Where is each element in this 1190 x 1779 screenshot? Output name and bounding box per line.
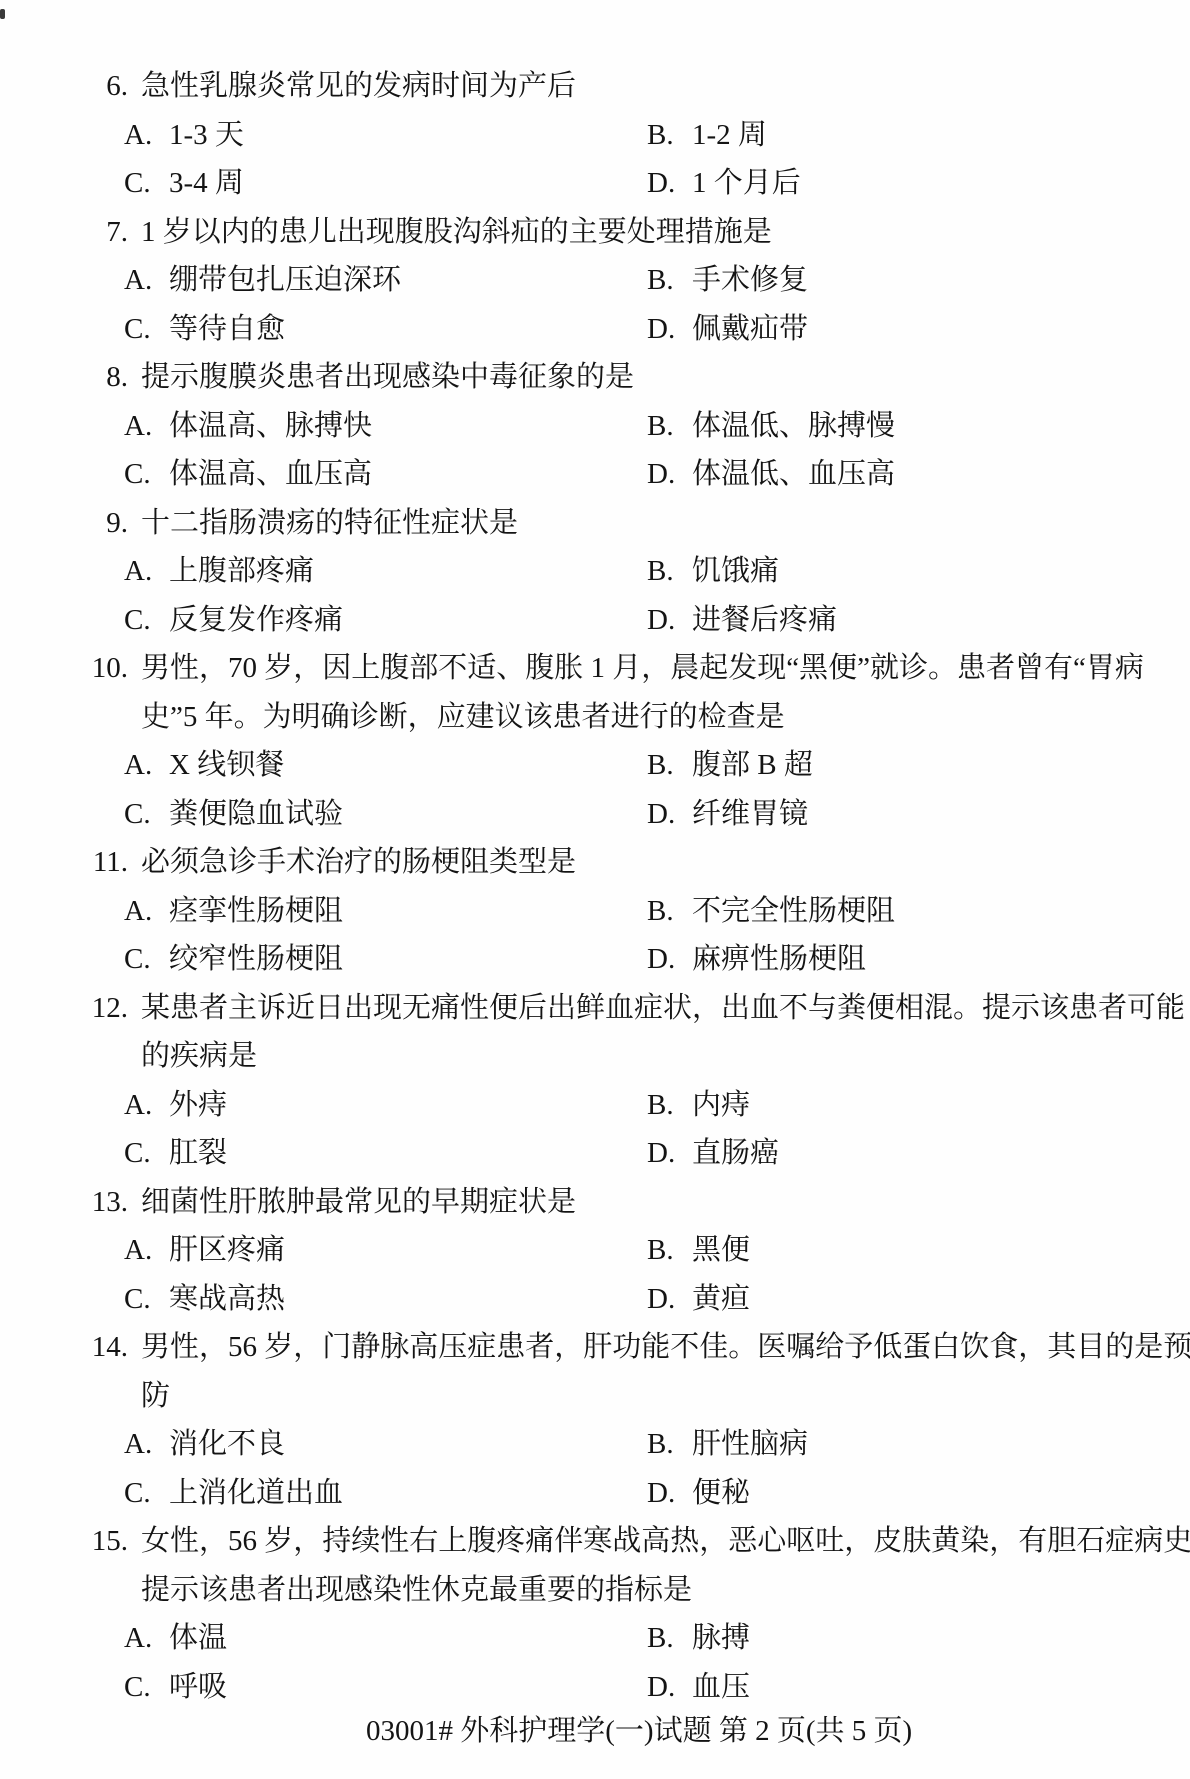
option-label: D.	[647, 450, 692, 499]
option-label: A.	[124, 1614, 169, 1663]
option-B: B.脉搏	[647, 1614, 750, 1663]
question-block: 6.急性乳腺炎常见的发病时间为产后A.1-3 天B.1-2 周C.3-4 周D.…	[0, 62, 1190, 208]
option-C: C.3-4 周	[124, 159, 244, 208]
option-label: C.	[124, 935, 169, 984]
question-stem-line: 13.细菌性肝脓肿最常见的早期症状是	[0, 1178, 1190, 1227]
option-label: C.	[124, 305, 169, 354]
question-number: 7.	[0, 208, 128, 257]
question-number: 6.	[0, 62, 128, 111]
option-text: 饥饿痛	[692, 555, 779, 587]
option-text: 便秘	[692, 1477, 750, 1509]
option-A: A.痉挛性肠梗阻	[124, 887, 343, 936]
option-text: 不完全性肠梗阻	[692, 895, 895, 927]
options-row: C.反复发作疼痛D.进餐后疼痛	[0, 596, 1190, 645]
question-stem-line: 防	[0, 1372, 1190, 1421]
question-block: 14.男性，56 岁，门静脉高压症患者，肝功能不佳。医嘱给予低蛋白饮食，其目的是…	[0, 1323, 1190, 1517]
question-stem-line: 15.女性，56 岁，持续性右上腹疼痛伴寒战高热，恶心呕吐，皮肤黄染，有胆石症病…	[0, 1517, 1190, 1566]
option-C: C.肛裂	[124, 1129, 227, 1178]
option-A: A.1-3 天	[124, 111, 244, 160]
option-B: B.不完全性肠梗阻	[647, 887, 895, 936]
option-text: 绞窄性肠梗阻	[169, 943, 343, 975]
option-text: 血压	[692, 1671, 750, 1703]
question-stem-text: 细菌性肝脓肿最常见的早期症状是	[141, 1178, 576, 1227]
options-row: A.消化不良B.肝性脑病	[0, 1420, 1190, 1469]
question-stem-text: 男性，56 岁，门静脉高压症患者，肝功能不佳。医嘱给予低蛋白饮食，其目的是预	[141, 1323, 1190, 1372]
option-text: 1 个月后	[692, 167, 801, 199]
question-stem-text: 提示该患者出现感染性休克最重要的指标是	[141, 1574, 692, 1606]
question-stem-line: 7.1 岁以内的患儿出现腹股沟斜疝的主要处理措施是	[0, 208, 1190, 257]
option-A: A.上腹部疼痛	[124, 547, 314, 596]
exam-paper-page: 6.急性乳腺炎常见的发病时间为产后A.1-3 天B.1-2 周C.3-4 周D.…	[0, 0, 1190, 1779]
options-row: C.上消化道出血D.便秘	[0, 1469, 1190, 1518]
option-text: 体温高、血压高	[169, 458, 372, 490]
option-text: 麻痹性肠梗阻	[692, 943, 866, 975]
option-D: D.黄疸	[647, 1275, 750, 1324]
option-text: 体温低、血压高	[692, 458, 895, 490]
question-number: 9.	[0, 499, 128, 548]
option-text: 黄疸	[692, 1283, 750, 1315]
option-label: A.	[124, 256, 169, 305]
option-A: A.外痔	[124, 1081, 227, 1130]
option-text: 呼吸	[169, 1671, 227, 1703]
option-label: D.	[647, 159, 692, 208]
option-label: C.	[124, 790, 169, 839]
option-text: 手术修复	[692, 264, 808, 296]
question-stem-line: 10.男性，70 岁，因上腹部不适、腹胀 1 月，晨起发现“黑便”就诊。患者曾有…	[0, 644, 1190, 693]
question-stem-line: 的疾病是	[0, 1032, 1190, 1081]
option-D: D.麻痹性肠梗阻	[647, 935, 866, 984]
question-block: 11.必须急诊手术治疗的肠梗阻类型是A.痉挛性肠梗阻B.不完全性肠梗阻C.绞窄性…	[0, 838, 1190, 984]
option-label: A.	[124, 741, 169, 790]
option-text: 上腹部疼痛	[169, 555, 314, 587]
option-label: A.	[124, 1081, 169, 1130]
option-text: 消化不良	[169, 1428, 285, 1460]
option-label: B.	[647, 1420, 692, 1469]
option-text: 粪便隐血试验	[169, 798, 343, 830]
option-C: C.呼吸	[124, 1663, 227, 1712]
option-C: C.体温高、血压高	[124, 450, 372, 499]
option-label: B.	[647, 1226, 692, 1275]
question-stem-line: 12.某患者主诉近日出现无痛性便后出鲜血症状，出血不与粪便相混。提示该患者可能	[0, 984, 1190, 1033]
question-stem-text: 的疾病是	[141, 1040, 257, 1072]
option-text: 外痔	[169, 1089, 227, 1121]
option-label: B.	[647, 111, 692, 160]
options-row: A.X 线钡餐B.腹部 B 超	[0, 741, 1190, 790]
scan-artifact	[0, 9, 5, 19]
option-text: 肛裂	[169, 1137, 227, 1169]
option-text: 等待自愈	[169, 313, 285, 345]
question-number: 13.	[0, 1178, 128, 1227]
option-C: C.粪便隐血试验	[124, 790, 343, 839]
option-label: D.	[647, 790, 692, 839]
question-block: 9.十二指肠溃疡的特征性症状是A.上腹部疼痛B.饥饿痛C.反复发作疼痛D.进餐后…	[0, 499, 1190, 645]
option-label: D.	[647, 596, 692, 645]
options-row: A.上腹部疼痛B.饥饿痛	[0, 547, 1190, 596]
option-text: 黑便	[692, 1234, 750, 1266]
option-text: 体温高、脉搏快	[169, 410, 372, 442]
options-row: C.肛裂D.直肠癌	[0, 1129, 1190, 1178]
option-D: D.纤维胃镜	[647, 790, 808, 839]
option-D: D.直肠癌	[647, 1129, 779, 1178]
question-stem-line: 提示该患者出现感染性休克最重要的指标是	[0, 1566, 1190, 1615]
options-row: A.1-3 天B.1-2 周	[0, 111, 1190, 160]
question-block: 10.男性，70 岁，因上腹部不适、腹胀 1 月，晨起发现“黑便”就诊。患者曾有…	[0, 644, 1190, 838]
options-row: C.体温高、血压高D.体温低、血压高	[0, 450, 1190, 499]
option-text: 痉挛性肠梗阻	[169, 895, 343, 927]
question-block: 12.某患者主诉近日出现无痛性便后出鲜血症状，出血不与粪便相混。提示该患者可能的…	[0, 984, 1190, 1178]
option-C: C.等待自愈	[124, 305, 285, 354]
question-stem-text: 防	[141, 1380, 170, 1412]
question-stem-line: 9.十二指肠溃疡的特征性症状是	[0, 499, 1190, 548]
option-D: D.佩戴疝带	[647, 305, 808, 354]
option-text: 纤维胃镜	[692, 798, 808, 830]
option-text: 进餐后疼痛	[692, 604, 837, 636]
option-A: A.消化不良	[124, 1420, 285, 1469]
option-text: 腹部 B 超	[692, 749, 813, 781]
option-A: A.肝区疼痛	[124, 1226, 285, 1275]
option-label: D.	[647, 1129, 692, 1178]
question-stem-line: 史”5 年。为明确诊断，应建议该患者进行的检查是	[0, 693, 1190, 742]
option-C: C.寒战高热	[124, 1275, 285, 1324]
option-B: B.饥饿痛	[647, 547, 779, 596]
option-text: 肝区疼痛	[169, 1234, 285, 1266]
option-label: A.	[124, 111, 169, 160]
option-label: D.	[647, 305, 692, 354]
options-row: C.寒战高热D.黄疸	[0, 1275, 1190, 1324]
option-text: 体温低、脉搏慢	[692, 410, 895, 442]
option-label: C.	[124, 596, 169, 645]
option-label: B.	[647, 402, 692, 451]
options-row: C.绞窄性肠梗阻D.麻痹性肠梗阻	[0, 935, 1190, 984]
question-stem-text: 史”5 年。为明确诊断，应建议该患者进行的检查是	[141, 701, 785, 733]
option-text: 内痔	[692, 1089, 750, 1121]
option-A: A.体温	[124, 1614, 227, 1663]
option-A: A.X 线钡餐	[124, 741, 284, 790]
question-stem-text: 男性，70 岁，因上腹部不适、腹胀 1 月，晨起发现“黑便”就诊。患者曾有“胃病	[141, 644, 1144, 693]
option-C: C.反复发作疼痛	[124, 596, 343, 645]
option-D: D.进餐后疼痛	[647, 596, 837, 645]
options-row: C.呼吸D.血压	[0, 1663, 1190, 1712]
question-stem-text: 1 岁以内的患儿出现腹股沟斜疝的主要处理措施是	[141, 208, 772, 257]
option-label: A.	[124, 1226, 169, 1275]
question-number: 12.	[0, 984, 128, 1033]
question-block: 13.细菌性肝脓肿最常见的早期症状是A.肝区疼痛B.黑便C.寒战高热D.黄疸	[0, 1178, 1190, 1324]
option-label: B.	[647, 256, 692, 305]
option-label: D.	[647, 1469, 692, 1518]
option-label: C.	[124, 1129, 169, 1178]
option-A: A.绷带包扎压迫深环	[124, 256, 401, 305]
question-number: 8.	[0, 353, 128, 402]
option-text: 直肠癌	[692, 1137, 779, 1169]
question-block: 8.提示腹膜炎患者出现感染中毒征象的是A.体温高、脉搏快B.体温低、脉搏慢C.体…	[0, 353, 1190, 499]
question-stem-text: 提示腹膜炎患者出现感染中毒征象的是	[141, 353, 634, 402]
option-label: D.	[647, 935, 692, 984]
options-row: A.外痔B.内痔	[0, 1081, 1190, 1130]
option-label: C.	[124, 159, 169, 208]
option-D: D.便秘	[647, 1469, 750, 1518]
option-A: A.体温高、脉搏快	[124, 402, 372, 451]
option-C: C.上消化道出血	[124, 1469, 343, 1518]
option-text: 反复发作疼痛	[169, 604, 343, 636]
question-stem-text: 急性乳腺炎常见的发病时间为产后	[141, 62, 576, 111]
options-row: A.体温高、脉搏快B.体温低、脉搏慢	[0, 402, 1190, 451]
option-B: B.肝性脑病	[647, 1420, 808, 1469]
question-number: 15.	[0, 1517, 128, 1566]
option-label: B.	[647, 1081, 692, 1130]
option-text: 上消化道出血	[169, 1477, 343, 1509]
options-row: C.粪便隐血试验D.纤维胃镜	[0, 790, 1190, 839]
option-label: A.	[124, 402, 169, 451]
option-text: 脉搏	[692, 1622, 750, 1654]
option-B: B.1-2 周	[647, 111, 767, 160]
option-label: C.	[124, 1275, 169, 1324]
options-row: A.绷带包扎压迫深环B.手术修复	[0, 256, 1190, 305]
option-label: C.	[124, 450, 169, 499]
question-block: 15.女性，56 岁，持续性右上腹疼痛伴寒战高热，恶心呕吐，皮肤黄染，有胆石症病…	[0, 1517, 1190, 1711]
question-number: 11.	[0, 838, 128, 887]
option-D: D.血压	[647, 1663, 750, 1712]
question-stem-line: 8.提示腹膜炎患者出现感染中毒征象的是	[0, 353, 1190, 402]
option-label: B.	[647, 741, 692, 790]
options-row: A.痉挛性肠梗阻B.不完全性肠梗阻	[0, 887, 1190, 936]
option-text: 绷带包扎压迫深环	[169, 264, 401, 296]
options-row: C.等待自愈D.佩戴疝带	[0, 305, 1190, 354]
option-B: B.手术修复	[647, 256, 808, 305]
question-stem-text: 某患者主诉近日出现无痛性便后出鲜血症状，出血不与粪便相混。提示该患者可能	[141, 984, 1185, 1033]
question-list: 6.急性乳腺炎常见的发病时间为产后A.1-3 天B.1-2 周C.3-4 周D.…	[0, 0, 1190, 1711]
option-text: 体温	[169, 1622, 227, 1654]
question-number: 10.	[0, 644, 128, 693]
option-label: A.	[124, 547, 169, 596]
option-label: B.	[647, 1614, 692, 1663]
option-label: C.	[124, 1469, 169, 1518]
question-stem-text: 女性，56 岁，持续性右上腹疼痛伴寒战高热，恶心呕吐，皮肤黄染，有胆石症病史，	[141, 1517, 1190, 1566]
option-label: A.	[124, 887, 169, 936]
question-stem-line: 14.男性，56 岁，门静脉高压症患者，肝功能不佳。医嘱给予低蛋白饮食，其目的是…	[0, 1323, 1190, 1372]
page-footer: 03001# 外科护理学(一)试题 第 2 页(共 5 页)	[0, 1711, 1190, 1751]
options-row: A.肝区疼痛B.黑便	[0, 1226, 1190, 1275]
question-block: 7.1 岁以内的患儿出现腹股沟斜疝的主要处理措施是A.绷带包扎压迫深环B.手术修…	[0, 208, 1190, 354]
option-text: 3-4 周	[169, 167, 244, 199]
option-text: 1-2 周	[692, 119, 767, 151]
option-text: 寒战高热	[169, 1283, 285, 1315]
option-label: B.	[647, 547, 692, 596]
option-D: D.1 个月后	[647, 159, 801, 208]
option-B: B.腹部 B 超	[647, 741, 813, 790]
option-text: X 线钡餐	[169, 749, 284, 781]
option-label: A.	[124, 1420, 169, 1469]
option-label: C.	[124, 1663, 169, 1712]
option-text: 肝性脑病	[692, 1428, 808, 1460]
options-row: A.体温B.脉搏	[0, 1614, 1190, 1663]
option-label: D.	[647, 1663, 692, 1712]
options-row: C.3-4 周D.1 个月后	[0, 159, 1190, 208]
option-label: B.	[647, 887, 692, 936]
option-B: B.黑便	[647, 1226, 750, 1275]
option-D: D.体温低、血压高	[647, 450, 895, 499]
question-stem-text: 十二指肠溃疡的特征性症状是	[141, 499, 518, 548]
option-B: B.体温低、脉搏慢	[647, 402, 895, 451]
option-text: 1-3 天	[169, 119, 244, 151]
option-B: B.内痔	[647, 1081, 750, 1130]
question-stem-line: 6.急性乳腺炎常见的发病时间为产后	[0, 62, 1190, 111]
option-text: 佩戴疝带	[692, 313, 808, 345]
option-C: C.绞窄性肠梗阻	[124, 935, 343, 984]
option-label: D.	[647, 1275, 692, 1324]
question-stem-line: 11.必须急诊手术治疗的肠梗阻类型是	[0, 838, 1190, 887]
question-number: 14.	[0, 1323, 128, 1372]
question-stem-text: 必须急诊手术治疗的肠梗阻类型是	[141, 838, 576, 887]
